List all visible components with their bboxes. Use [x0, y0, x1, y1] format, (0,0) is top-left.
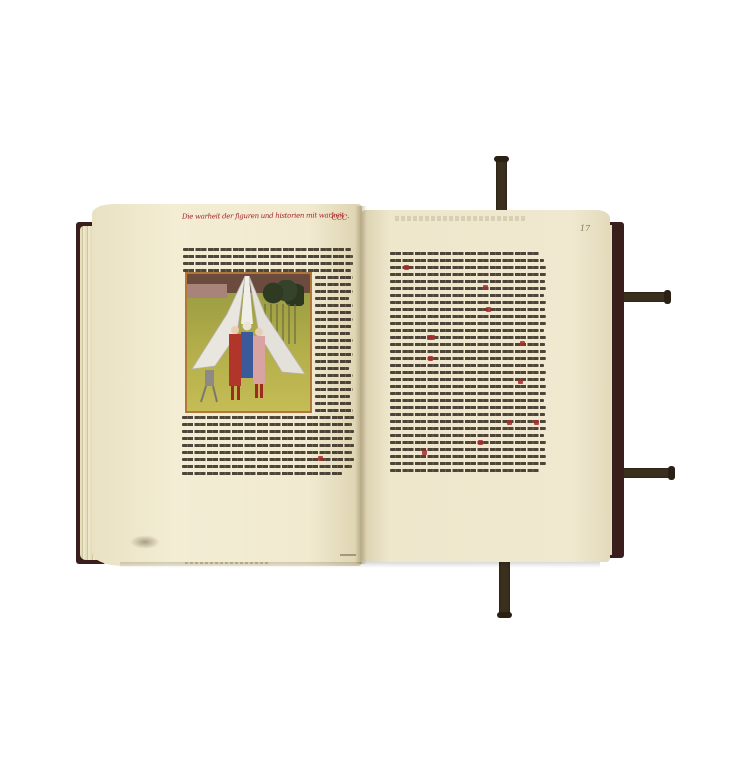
folio-number: 17	[580, 224, 590, 233]
rubric-initial	[427, 335, 432, 340]
rubric-initial	[486, 307, 491, 312]
book-gutter	[355, 206, 367, 564]
rubric-initial	[518, 379, 523, 384]
rubric-initial	[478, 440, 483, 445]
right-text-block	[390, 252, 548, 476]
right-strap-upper-cap	[664, 290, 671, 304]
rubric-initial	[422, 450, 427, 455]
catchword	[340, 554, 356, 556]
page-stain	[130, 535, 160, 549]
heading-mark: ·CCC·	[330, 214, 349, 222]
rubric-initial	[483, 285, 488, 290]
right-strap-lower-cap	[668, 466, 675, 480]
top-strap-cap	[494, 156, 509, 162]
rubric-initial	[318, 456, 323, 461]
rubric-initial	[404, 265, 409, 270]
running-heading: Die warheit der figuren und historien mi…	[182, 211, 344, 220]
rubric-initial	[507, 420, 512, 425]
rubric-initial	[428, 356, 433, 361]
left-text-side	[315, 276, 355, 416]
left-text-bottom	[182, 416, 357, 479]
rubric-initial	[520, 341, 525, 346]
miniature-illustration[interactable]	[185, 272, 312, 413]
ghost-heading	[395, 216, 525, 221]
bottom-strap-cap	[497, 612, 512, 618]
rubric-initial	[534, 420, 539, 425]
bottom-note	[185, 562, 270, 564]
tent-scene	[187, 274, 312, 413]
heading-text: Die warheit der figuren und historien mi…	[182, 211, 344, 220]
top-strap	[496, 160, 507, 214]
